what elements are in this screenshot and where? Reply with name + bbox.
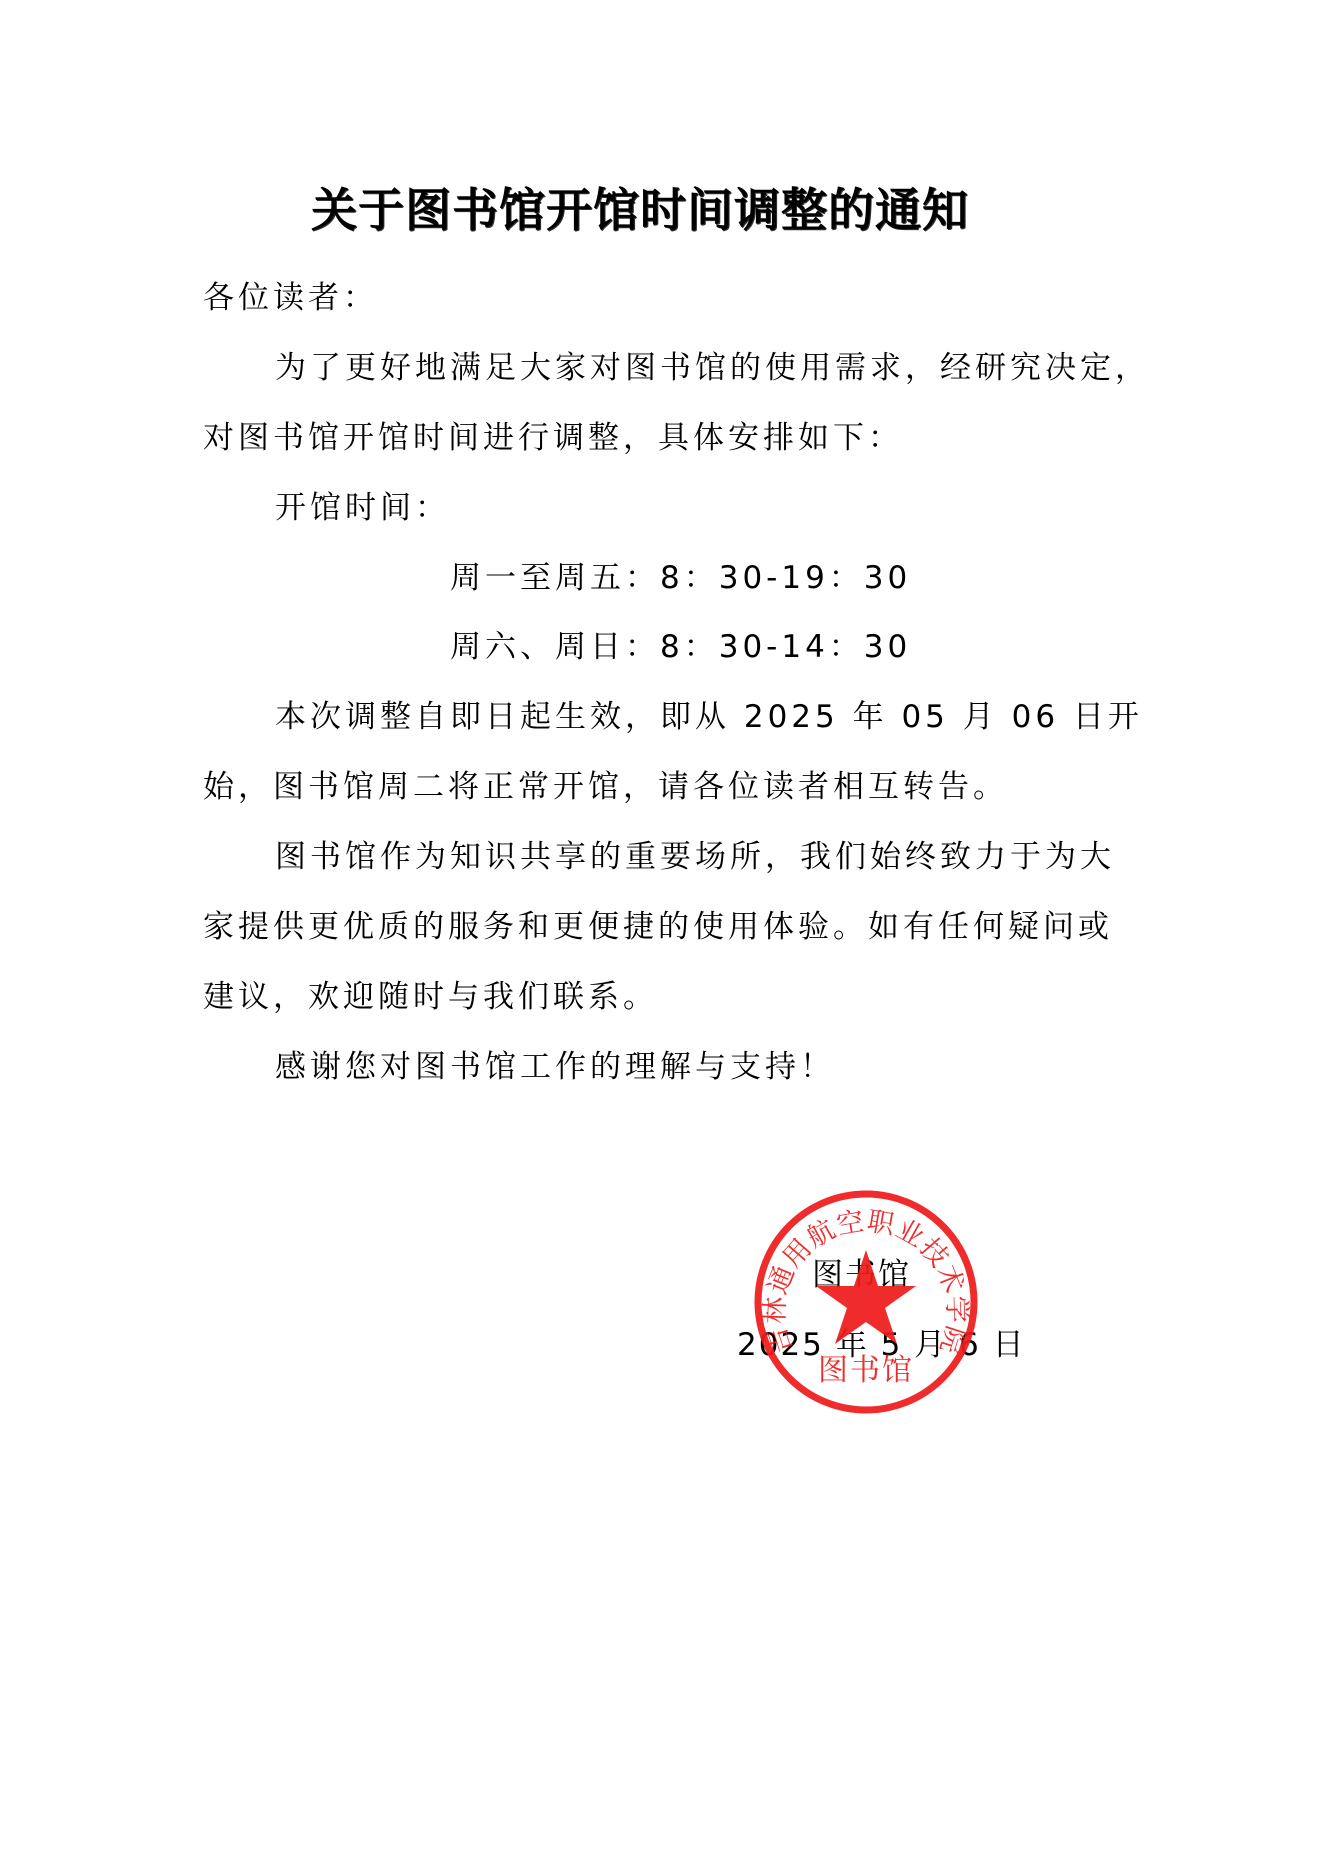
paragraph-effective-line1: 本次调整自即日起生效，即从 2025 年 05 月 06 日开 (275, 697, 1143, 737)
paragraph-intro-line2: 对图书馆开馆时间进行调整，具体安排如下： (203, 418, 903, 458)
paragraph-thanks: 感谢您对图书馆工作的理解与支持！ (275, 1047, 835, 1087)
paragraph-effective-line2: 始，图书馆周二将正常开馆，请各位读者相互转告。 (203, 767, 1008, 807)
salutation: 各位读者： (203, 278, 378, 318)
paragraph-mission-line1: 图书馆作为知识共享的重要场所，我们始终致力于为大 (275, 837, 1115, 877)
paragraph-mission-line2: 家提供更优质的服务和更便捷的使用体验。如有任何疑问或 (203, 907, 1113, 947)
paragraph-mission-line3: 建议，欢迎随时与我们联系。 (203, 977, 658, 1017)
official-seal: 吉林通用航空职业技术学院 图书馆 (752, 1188, 980, 1416)
hours-heading: 开馆时间： (275, 488, 450, 528)
signature-date: 2025 年 5 月 6 日 (737, 1325, 1026, 1365)
document-title: 关于图书馆开馆时间调整的通知 (0, 180, 1280, 240)
signature-org: 图书馆 (812, 1255, 911, 1295)
document-page: 关于图书馆开馆时间调整的通知 各位读者： 为了更好地满足大家对图书馆的使用需求，… (0, 0, 1323, 1871)
hours-weekday: 周一至周五：8：30-19：30 (450, 558, 911, 598)
paragraph-intro-line1: 为了更好地满足大家对图书馆的使用需求，经研究决定， (275, 348, 1150, 388)
hours-weekend: 周六、周日：8：30-14：30 (450, 627, 911, 667)
